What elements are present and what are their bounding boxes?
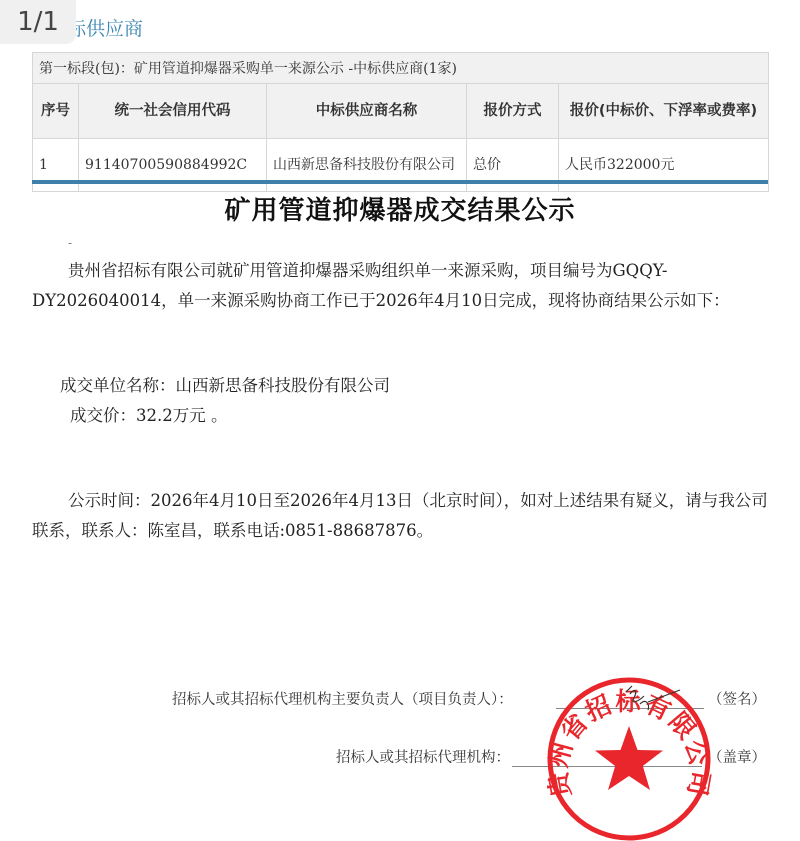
handwritten-signature xyxy=(620,682,690,718)
header-price: 报价(中标价、下浮率或费率) xyxy=(559,84,769,139)
header-credit-code: 统一社会信用代码 xyxy=(79,84,267,139)
seal-suffix: （盖章） xyxy=(708,746,766,767)
document-title: 矿用管道抑爆器成交结果公示 xyxy=(0,190,800,227)
intro-paragraph: 贵州省招标有限公司就矿用管道抑爆器采购组织单一来源采购，项目编号为GQQY-DY… xyxy=(32,256,772,316)
divider xyxy=(32,180,768,184)
table-caption: 第一标段(包)：矿用管道抑爆器采购单一来源公示 -中标供应商(1家) xyxy=(33,53,769,84)
award-price: 成交价：32.2万元 。 xyxy=(70,402,227,426)
page-indicator: 1/1 xyxy=(0,0,76,44)
signature-suffix: （签名） xyxy=(708,688,766,709)
supplier-table: 第一标段(包)：矿用管道抑爆器采购单一来源公示 -中标供应商(1家) 序号 统一… xyxy=(32,52,769,192)
table-header-row: 序号 统一社会信用代码 中标供应商名称 报价方式 报价(中标价、下浮率或费率) xyxy=(33,84,769,139)
responsible-label: 招标人或其招标代理机构主要负责人（项目负责人）： xyxy=(172,688,513,709)
dash-mark: - xyxy=(68,236,72,250)
intro-text: 贵州省招标有限公司就矿用管道抑爆器采购组织单一来源采购，项目编号为GQQY-DY… xyxy=(32,261,730,310)
table-caption-row: 第一标段(包)：矿用管道抑爆器采购单一来源公示 -中标供应商(1家) xyxy=(33,53,769,84)
agency-label: 招标人或其招标代理机构： xyxy=(336,746,510,767)
notice-text: 公示时间：2026年4月10日至2026年4月13日（北京时间），如对上述结果有… xyxy=(32,491,768,540)
header-supplier: 中标供应商名称 xyxy=(267,84,467,139)
header-index: 序号 xyxy=(33,84,79,139)
notice-paragraph: 公示时间：2026年4月10日至2026年4月13日（北京时间），如对上述结果有… xyxy=(32,486,772,546)
header-quote-method: 报价方式 xyxy=(467,84,559,139)
award-name: 成交单位名称：山西新思备科技股份有限公司 xyxy=(60,372,390,396)
